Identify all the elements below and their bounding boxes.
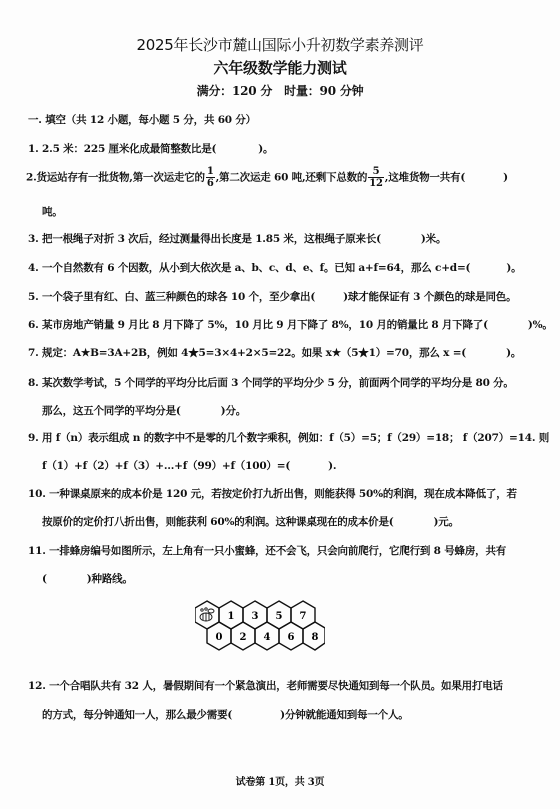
hex-label: 1 [228,611,235,622]
exam-title: 2025年长沙市麓山国际小升初数学素养测评 [0,34,560,55]
question-2: 2.货运站存有一批货物,第一次运走它的16,第二次运走 60 吨,还剩下总数的5… [26,166,508,189]
hex-label: 6 [288,632,295,643]
question-8: 8. 某次数学考试，5 个同学的平均分比后面 3 个同学的平均分少 5 分，前面… [28,375,514,390]
question-6: 6. 某市房地产销量 9 月比 8 月下降了 5%，10 月比 9 月下降了 8… [28,317,553,332]
score-time-line: 满分：120 分 时量：90 分钟 [0,82,560,99]
bee-icon [200,608,214,621]
question-11: 11. 一排蜂房编号如图所示，左上角有一只小蜜蜂，还不会飞，只会向前爬行，它爬行… [28,543,506,558]
hex-label: 5 [276,611,283,622]
question-8-cont: 那么，这五个同学的平均分是()分。 [42,403,246,418]
hex-label: 7 [300,611,307,622]
question-3: 3. 把一根绳子对折 3 次后，经过测量得出长度是 1.85 米，这根绳子原来长… [28,231,446,246]
hex-label: 4 [264,632,271,643]
page-footer: 试卷第 1页，共 3页 [0,773,560,788]
hex-label: 0 [216,632,223,643]
question-4: 4. 一个自然数有 6 个因数，从小到大依次是 a、b、c、d、e、f。已知 a… [28,260,521,275]
question-7: 7. 规定：A★B=3A+2B，例如 4★5=3×4+2×5=22。如果 x★（… [28,345,521,360]
question-1: 1. 2.5 米：225 厘米化成最简整数比是()。 [28,141,273,156]
fraction-one-sixth: 16 [206,166,215,189]
question-11-cont: ()种路线。 [42,571,133,586]
hex-label: 8 [312,632,319,643]
question-10: 10. 一种课桌原来的成本价是 120 元，若按定价打九折出售，则能获得 50%… [28,486,517,501]
hex-label: 2 [240,632,247,643]
honeycomb-diagram: 1 3 5 7 0 2 4 6 8 [195,597,325,662]
question-5: 5. 一个袋子里有红、白、蓝三种颜色的球各 10 个，至少拿出()球才能保证有 … [28,289,516,304]
question-10-cont: 按原价的定价打八折出售，则能获利 60%的利润。这种课桌现在的成本价是()元。 [42,514,459,529]
question-12: 12. 一个合唱队共有 32 人，暑假期间有一个紧急演出，老师需要尽快通知到每一… [28,678,503,693]
question-9-cont: f（1）+f（2）+f（3）+…+f（99）+f（100）=(). [42,458,336,473]
exam-page: 2025年长沙市麓山国际小升初数学素养测评 六年级数学能力测试 满分：120 分… [0,0,560,809]
question-12-cont: 的方式，每分钟通知一人，那么最少需要()分钟就能通知到每一个人。 [42,707,409,722]
exam-subtitle: 六年级数学能力测试 [0,57,560,78]
section-heading: 一. 填空（共 12 小题，每小题 5 分，共 60 分） [28,112,256,127]
fraction-five-twelfths: 512 [368,166,384,189]
question-2-cont: 吨。 [42,204,63,219]
hex-label: 3 [252,611,259,622]
question-9: 9. 用 f（n）表示组成 n 的数字中不是零的几个数字乘积，例如：f（5）=5… [28,430,549,445]
